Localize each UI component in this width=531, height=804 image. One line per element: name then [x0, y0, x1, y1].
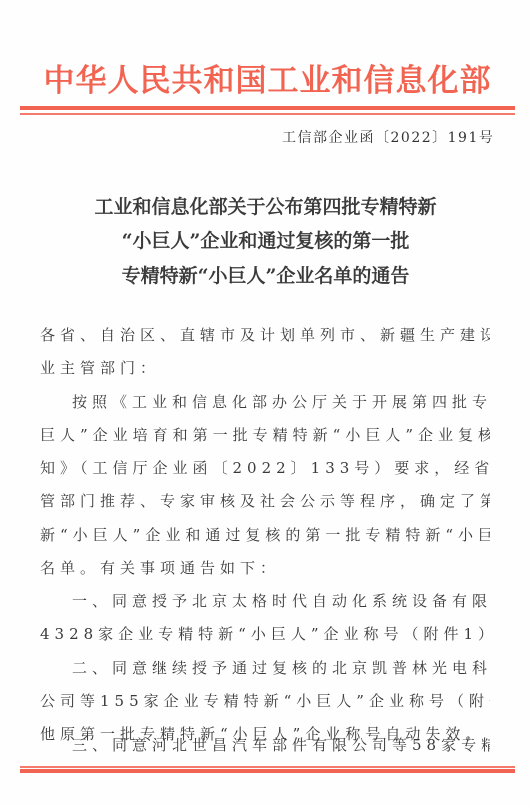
- body-paragraph-line: 名单。有关事项通告如下：: [40, 556, 490, 580]
- footer-rule-thin: [20, 766, 515, 768]
- item-three-line: 三、同意河北世昌汽车部件有限公司等58家专精特新“小: [72, 733, 490, 757]
- document-page: 中华人民共和国工业和信息化部 工信部企业函〔2022〕191号 工业和信息化部关…: [0, 0, 531, 804]
- body-paragraph-line: 管部门推荐、专家审核及社会公示等程序，确定了第四批专精特: [40, 489, 490, 513]
- masthead-rule-thick: [20, 106, 515, 110]
- masthead-title: 中华人民共和国工业和信息化部: [20, 62, 515, 100]
- notice-heading-line-1: 工业和信息化部关于公布第四批专精特新: [40, 194, 491, 220]
- footer-rule-thick: [20, 769, 515, 773]
- masthead-rule-thin: [20, 113, 515, 115]
- body-paragraph-line: 知》（工信厅企业函〔2022〕133号）要求，经省级中小企业主: [40, 456, 490, 480]
- addressee-line-1: 各省、自治区、直辖市及计划单列市、新疆生产建设兵团中小企: [40, 323, 490, 347]
- addressee-line-2: 业主管部门：: [40, 356, 490, 380]
- document-number: 工信部企业函〔2022〕191号: [282, 128, 492, 148]
- item-two-line: 公司等155家企业专精特新“小巨人”企业称号（附件2）。其: [40, 689, 490, 713]
- body-paragraph-line: 新“小巨人”企业和通过复核的第一批专精特新“小巨人”企业: [40, 523, 490, 547]
- item-one-line: 4328家企业专精特新“小巨人”企业称号（附件1）。: [40, 622, 490, 646]
- body-paragraph-line: 按照《工业和信息化部办公厅关于开展第四批专精特新“小: [72, 390, 490, 414]
- notice-heading-line-3: 专精特新“小巨人”企业名单的通告: [40, 263, 491, 289]
- notice-heading-line-2: “小巨人”企业和通过复核的第一批: [40, 228, 491, 254]
- item-two-line: 二、同意继续授予通过复核的北京凯普林光电科技股份有限: [72, 656, 490, 680]
- item-one-line: 一、同意授予北京太格时代自动化系统设备有限公司等: [72, 589, 490, 613]
- body-paragraph-line: 巨人”企业培育和第一批专精特新“小巨人”企业复核工作的通: [40, 423, 490, 447]
